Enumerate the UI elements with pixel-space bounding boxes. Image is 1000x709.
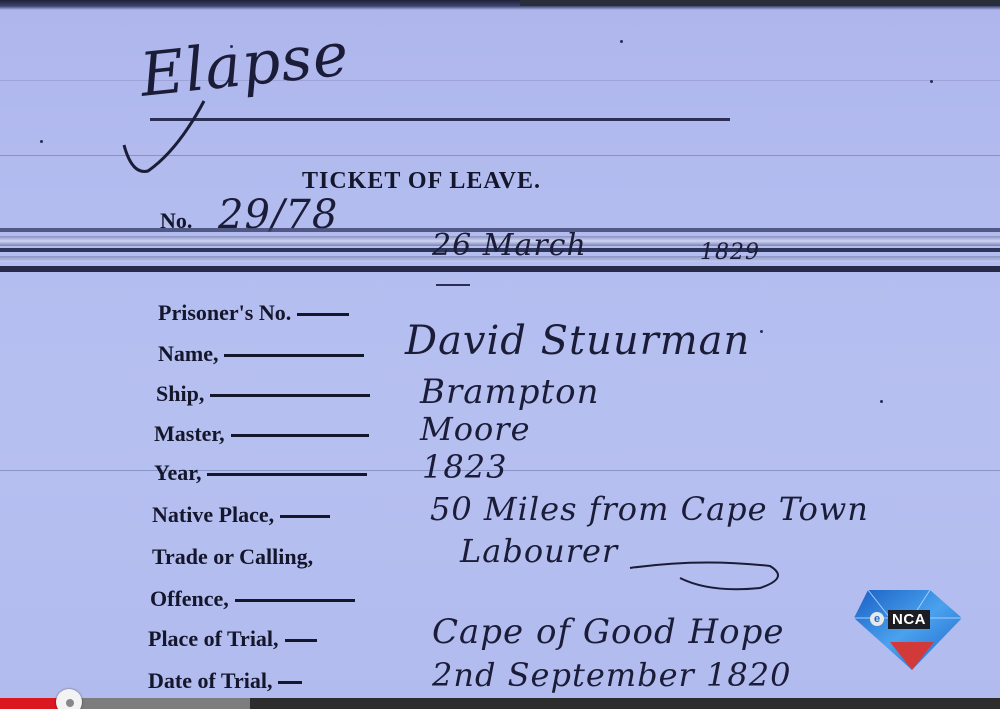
field-label-ship: Ship, — [156, 381, 370, 407]
field-value-native-place: 50 Miles from Cape Town — [430, 490, 869, 528]
field-value-place-of-trial: Cape of Good Hope — [432, 612, 785, 652]
date-underline — [436, 284, 470, 286]
video-frame[interactable]: Elapse TICKET OF LEAVE. No. 29/78 26 Mar… — [0, 0, 1000, 698]
field-value-date-of-trial: 2nd September 1820 — [432, 656, 791, 694]
field-label-prisoner-no: Prisoner's No. — [158, 300, 349, 326]
flourish-stroke — [620, 548, 790, 598]
enca-channel-logo: e NCA — [850, 580, 970, 672]
field-label-year: Year, — [154, 460, 367, 486]
field-label-offence: Offence, — [150, 586, 355, 612]
fold-band — [0, 266, 1000, 272]
document-title: TICKET OF LEAVE. — [302, 168, 541, 195]
field-value-year: 1823 — [422, 448, 507, 486]
scrubber-handle[interactable] — [56, 689, 82, 709]
field-label-place-of-trial: Place of Trial, — [148, 626, 317, 652]
date-handwritten: 26 March — [432, 228, 587, 263]
field-value-name: David Stuurman — [405, 318, 750, 364]
field-label-trade: Trade or Calling, — [152, 544, 313, 570]
checkmark-stroke — [118, 95, 208, 185]
field-value-trade: Labourer — [460, 532, 618, 570]
logo-text: NCA — [888, 610, 930, 629]
field-label-name: Name, — [158, 341, 364, 367]
video-progress-bar[interactable] — [0, 698, 1000, 709]
field-label-native-place: Native Place, — [152, 502, 330, 528]
document-top-edge-dark — [520, 0, 1000, 6]
field-label-date-of-trial: Date of Trial, — [148, 668, 302, 694]
field-value-ship: Brampton — [420, 372, 600, 412]
signature-line — [150, 118, 730, 121]
field-label-master: Master, — [154, 421, 369, 447]
logo-prefix: e — [870, 612, 884, 626]
year-handwritten: 1829 — [700, 240, 760, 265]
field-value-master: Moore — [420, 410, 531, 448]
